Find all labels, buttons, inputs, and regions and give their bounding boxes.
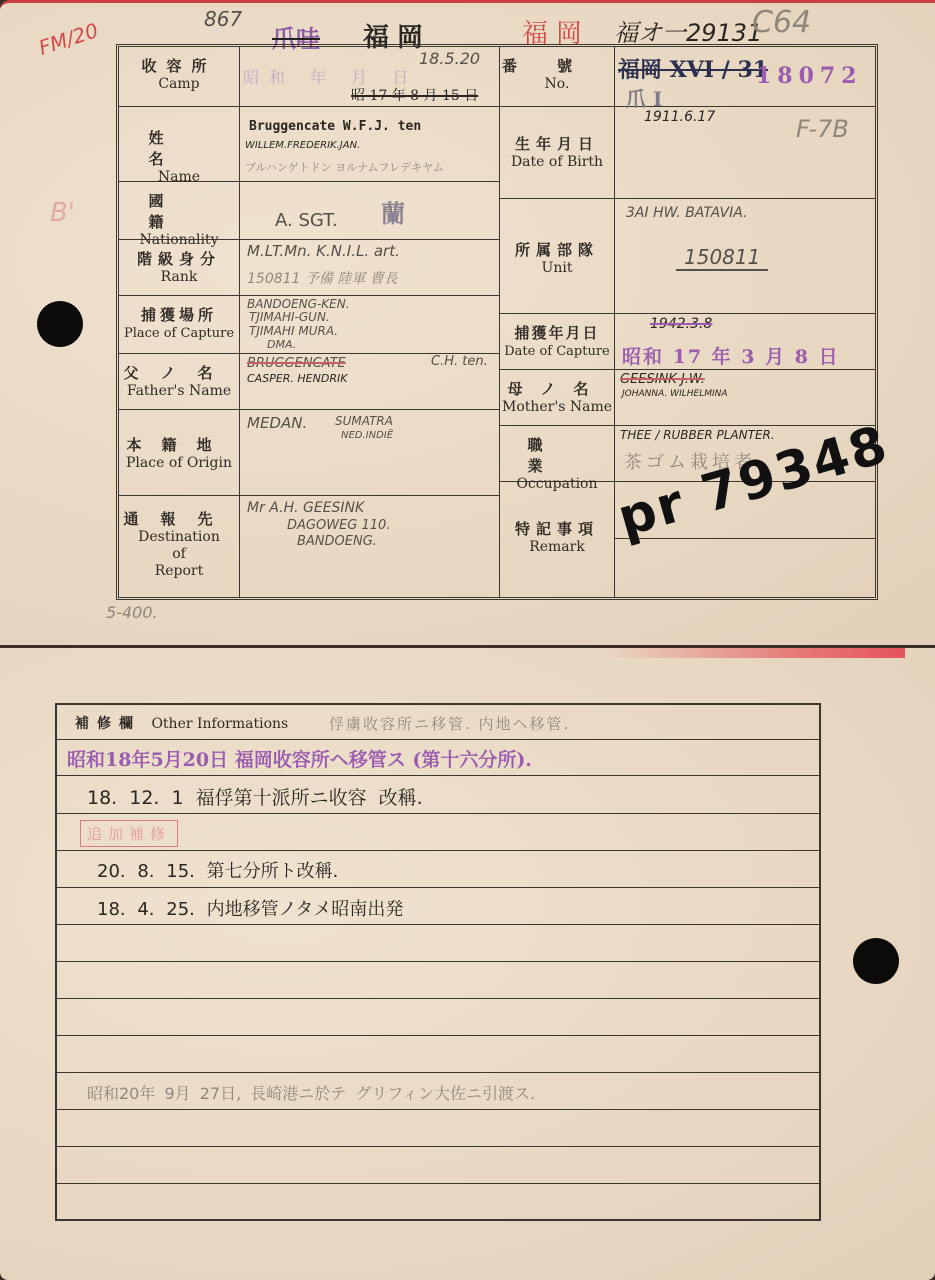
row-nationality: 國籍 Nationality A. SGT. 蘭: [119, 182, 500, 240]
capture-date-stamp: 昭和 17 年 3 月 8 日: [622, 342, 840, 369]
entry-2: 18. 12. 1 福俘第十派所ニ收容 改稱.: [87, 783, 423, 810]
record-form: 收容所 Camp 18.5.20 昭和 年 月 日 昭 17 年 8 月 15 …: [116, 44, 878, 600]
pow-record-card-front: FM/20 867 B' 5-400. F-7B 爪哇 福岡 福岡 福オ一291…: [0, 0, 935, 645]
name-katakana: ブルハンゲトドン ヨルナムフレデキヤム: [245, 159, 444, 175]
nationality-label-jp: 國籍: [119, 190, 239, 232]
row-place-of-capture: 捕獲場所 Place of Capture BANDOENG-KEN. TJIM…: [119, 296, 500, 354]
rank-label-jp: 階級身分: [119, 248, 239, 269]
mother-name-struck: GEESINK J.W.: [620, 372, 705, 387]
father-name-note: C.H. ten.: [431, 354, 488, 369]
punch-hole-left: [37, 301, 83, 347]
punch-hole-right: [853, 938, 899, 984]
row-name: 姓名 Name Bruggencate W.F.J. ten WILLEM.FR…: [119, 107, 500, 182]
father-name-value: CASPER. HENDRIK: [247, 372, 347, 385]
capture-place-line-3: TJIMAHI MURA.: [249, 324, 338, 338]
unit-value-2: 150811: [676, 245, 768, 271]
other-info-label-en: Other Informations: [151, 716, 288, 732]
rule-line: [57, 961, 819, 962]
number-label-en: No.: [500, 76, 614, 93]
other-info-header-note: 俘虜收容所ニ移管. 内地ヘ移管.: [329, 713, 570, 734]
rule-line: [57, 775, 819, 776]
destination-label-jp: 通報先: [119, 508, 239, 529]
rule-line: [57, 1035, 819, 1036]
row-father-name: 父ノ名 Father's Name BRUGGENCATE C.H. ten. …: [119, 354, 500, 410]
red-ink-smear: [605, 648, 905, 658]
name-label-jp: 姓名: [119, 127, 239, 169]
row-destination: 通報先 Destination of Report Mr A.H. GEESIN…: [119, 496, 500, 597]
destination-line-1: Mr A.H. GEESINK: [247, 500, 364, 516]
rule-line: [57, 1146, 819, 1147]
capture-date-label-en: Date of Capture: [500, 343, 614, 360]
rule-line: [57, 739, 819, 740]
dob-value: 1911.6.17: [644, 109, 715, 125]
rule-line: [57, 887, 819, 888]
row-unit: 所属部隊 Unit 3AI HW. BATAVIA. 150811: [500, 199, 875, 314]
other-info-label-jp: 補修欄: [75, 716, 141, 732]
rule-line: [57, 1183, 819, 1184]
unit-value-1: 3AI HW. BATAVIA.: [626, 205, 748, 221]
entry-5: 18. 4. 25. 内地移管ノタメ昭南出発: [97, 895, 403, 921]
nationality-value: A. SGT.: [275, 210, 338, 231]
capture-place-line-1: BANDOENG-KEN.: [247, 297, 350, 311]
row-date-of-capture: 捕獲年月日 Date of Capture 1942.3.8 昭和 17 年 3…: [500, 314, 875, 370]
rule-line: [57, 924, 819, 925]
name-typed: Bruggencate W.F.J. ten: [249, 119, 421, 134]
capture-date-label-jp: 捕獲年月日: [500, 322, 614, 343]
number-label-jp: 番號: [500, 55, 614, 76]
capture-place-line-2: TJIMAHI-GUN.: [249, 310, 330, 324]
destination-line-2: DAGOWEG 110.: [287, 518, 390, 533]
row-place-of-origin: 本籍地 Place of Origin MEDAN. SUMATRA NED.I…: [119, 410, 500, 496]
rank-label-en: Rank: [119, 269, 239, 286]
rule-line: [57, 1109, 819, 1110]
row-mother-name: 母ノ名 Mother's Name GEESINK J.W. JOHANNA. …: [500, 370, 875, 426]
destination-label-en-1: Destination: [119, 529, 239, 546]
faint-red-note: B': [50, 198, 75, 228]
capture-place-label-jp: 捕獲場所: [119, 304, 239, 325]
dob-label-en: Date of Birth: [500, 154, 614, 171]
destination-line-3: BANDOENG.: [297, 534, 377, 549]
origin-label-en: Place of Origin: [119, 455, 239, 472]
capture-date-struck: 1942.3.8: [650, 316, 712, 332]
unit-label-en: Unit: [500, 260, 614, 277]
camp-label-en: Camp: [119, 76, 239, 93]
camp-date-pencil: 18.5.20: [419, 49, 480, 68]
rank-value-2: 150811 予備 陸軍 曹長: [247, 268, 398, 288]
other-info-header: 補修欄 Other Informations: [75, 713, 288, 733]
father-label-en: Father's Name: [119, 383, 239, 400]
mother-label-en: Mother's Name: [500, 399, 614, 416]
pencil-number-note: 867: [204, 7, 242, 31]
number-struck: 福岡 XVI / 31: [618, 53, 768, 84]
row-number: 番號 No. 福岡 XVI / 31 爪 I 18072: [500, 47, 875, 107]
entry-11: 昭和20年 9月 27日, 長崎港ニ於テ グリフィン大佐ニ引渡ス.: [87, 1081, 535, 1104]
entry-4: 20. 8. 15. 第七分所ト改稱.: [97, 857, 338, 883]
nationality-stamp: 蘭: [381, 194, 405, 229]
remark-label-jp: 特記事項: [500, 518, 614, 539]
number-stamp: 18072: [756, 63, 863, 89]
rule-line: [57, 813, 819, 814]
serial-handwritten: 福オ一29131: [614, 13, 762, 48]
origin-value-1: MEDAN.: [247, 414, 307, 432]
camp-date-struck: 昭 17 年 8 月 15 日: [351, 85, 478, 105]
entry-1: 昭和18年5月20日 福岡收容所ヘ移管ス (第十六分所).: [67, 745, 532, 772]
occupation-label-jp: 職業: [500, 434, 614, 476]
pencil-code: C64: [752, 5, 811, 40]
additional-supplement-stamp: 追加補修: [80, 820, 178, 847]
origin-label-jp: 本籍地: [119, 434, 239, 455]
mother-label-jp: 母ノ名: [500, 378, 614, 399]
father-label-jp: 父ノ名: [119, 362, 239, 383]
rule-line: [57, 1072, 819, 1073]
origin-value-3: NED.INDIË: [341, 430, 393, 441]
capture-place-line-4: DMA.: [267, 338, 296, 351]
mother-name-value: JOHANNA. WILHELMINA: [622, 389, 728, 399]
name-handwritten: WILLEM.FREDERIK.JAN.: [245, 140, 360, 151]
rank-value-1: M.LT.Mn. K.N.I.L. art.: [247, 242, 400, 260]
rule-line: [57, 998, 819, 999]
origin-value-2: SUMATRA: [335, 414, 393, 428]
unit-label-jp: 所属部隊: [500, 239, 614, 260]
pencil-bottom-left-note: 5-400.: [106, 603, 158, 622]
camp-label-jp: 收容所: [119, 55, 239, 76]
red-code-note: FM/20: [36, 18, 101, 60]
row-rank: 階級身分 Rank M.LT.Mn. K.N.I.L. art. 150811 …: [119, 240, 500, 296]
capture-place-label-en: Place of Capture: [119, 325, 239, 342]
remark-label-en: Remark: [500, 539, 614, 556]
dob-label-jp: 生年月日: [500, 133, 614, 154]
destination-label-en-2: of: [119, 546, 239, 563]
father-name-struck: BRUGGENCATE: [247, 356, 346, 371]
row-date-of-birth: 生年月日 Date of Birth 1911.6.17: [500, 107, 875, 199]
occupation-value: THEE / RUBBER PLANTER.: [620, 428, 775, 442]
destination-label-en-3: Report: [119, 563, 239, 580]
other-informations-form: 補修欄 Other Informations 俘虜收容所ニ移管. 内地ヘ移管. …: [55, 703, 821, 1221]
rule-line: [57, 850, 819, 851]
row-camp: 收容所 Camp 18.5.20 昭和 年 月 日 昭 17 年 8 月 15 …: [119, 47, 500, 107]
